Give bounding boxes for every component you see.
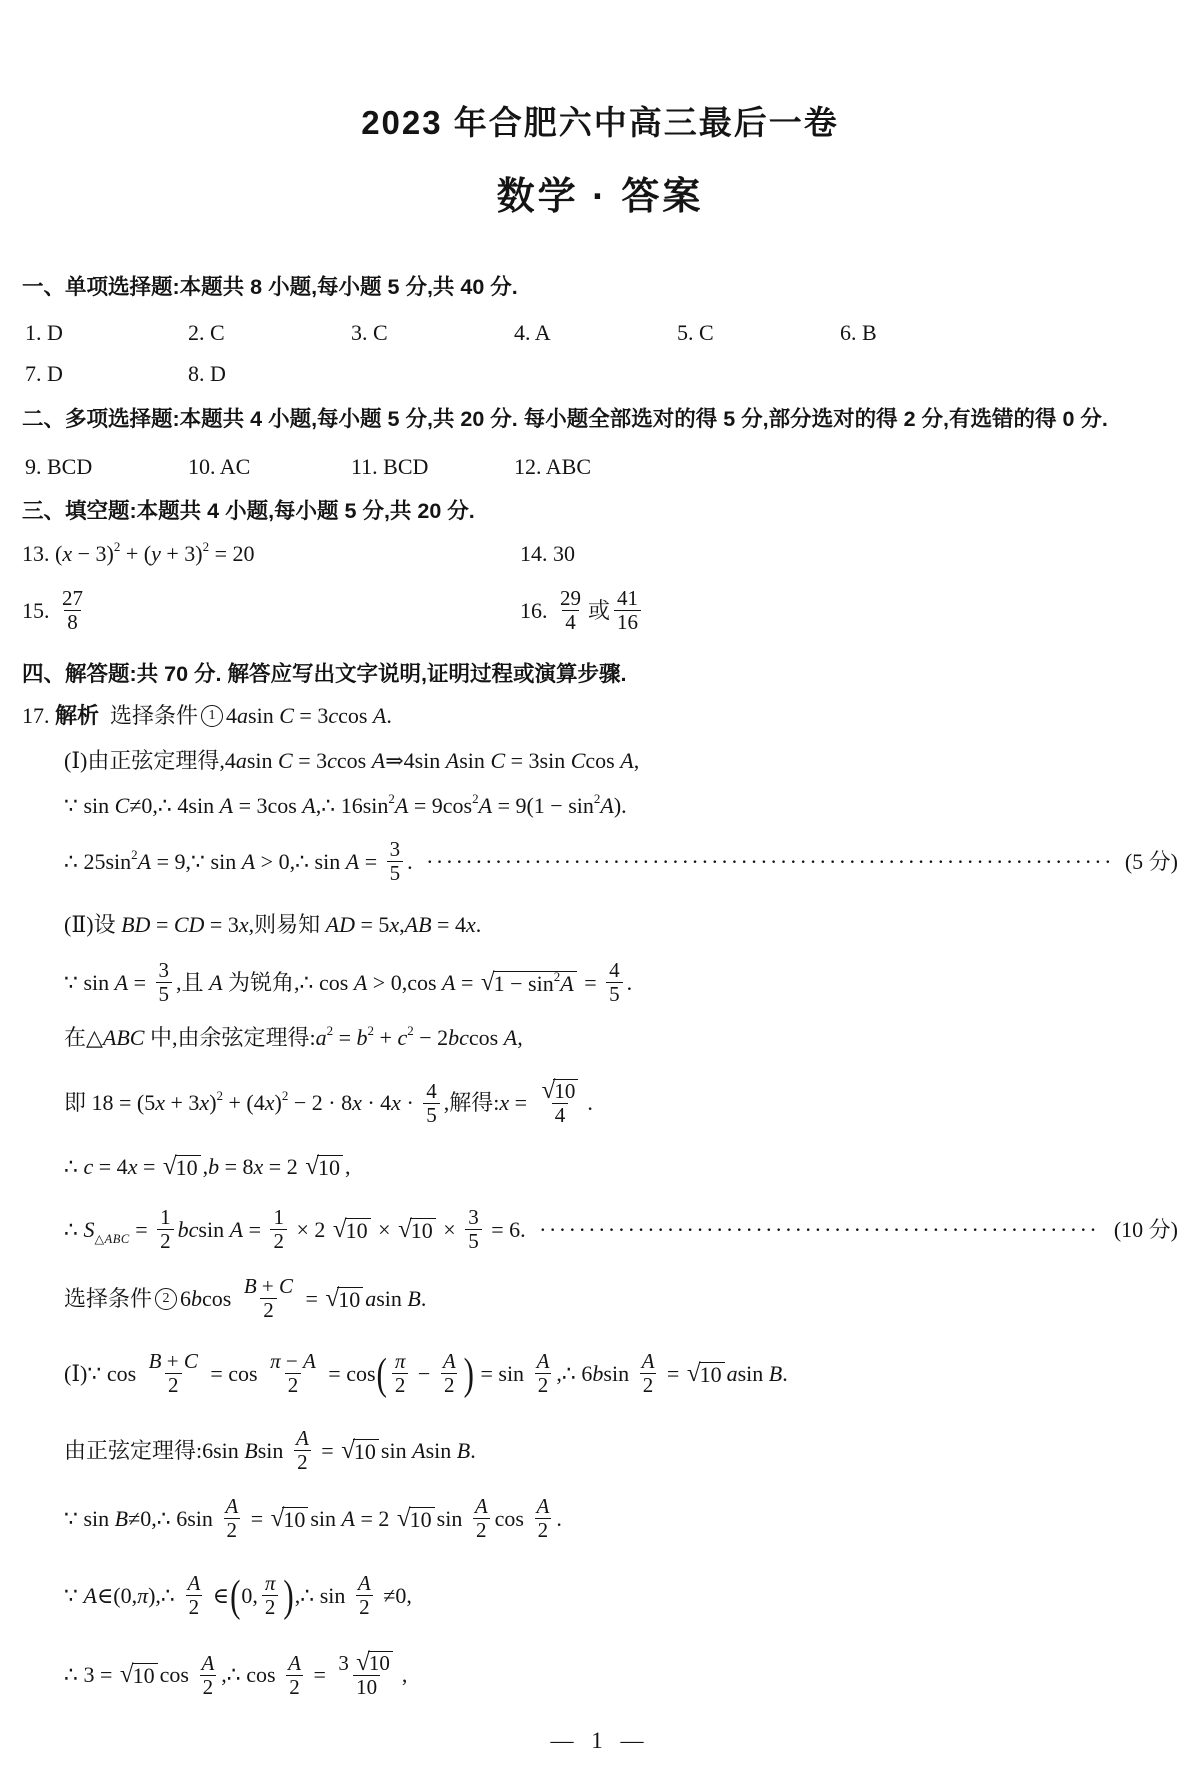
solution-line-14: ∵ sin B≠0,∴ 6sin A2 = √10sin A = 2 √10si…: [64, 1495, 1178, 1542]
answer-5: 5. C: [677, 318, 840, 348]
answer-3: 3. C: [351, 318, 514, 348]
solution-line-10: ∴ S△ABC = 12bcsin A = 12 × 2 √10 × √10 ×…: [64, 1206, 1178, 1253]
solution-line-11: 选择条件26bcos B + C2 = √10asin B.: [64, 1275, 1178, 1322]
page-subtitle: 数学 · 答案: [22, 176, 1178, 218]
solution-line-6: ∵ sin A = 35,且 A 为锐角,∴ cos A > 0,cos A =…: [64, 959, 1178, 1006]
solution-line-12: (Ⅰ)∵ cos B + C2 = cos π − A2 = cos(π2 − …: [64, 1350, 1178, 1397]
section-heading-multi-choice: 二、多项选择题:本题共 4 小题,每小题 5 分,共 20 分. 每小题全部选对…: [22, 404, 1178, 434]
answer-1: 1. D: [25, 318, 188, 348]
answer-9: 9. BCD: [25, 452, 188, 482]
solution-line-16: ∴ 3 = √10cos A2,∴ cos A2 = 3 √1010,: [64, 1651, 1178, 1699]
question-17-solution: 17. 解析 选择条件14asin C = 3ccos A. (Ⅰ)由正弦定理得…: [22, 701, 1178, 1699]
section-heading-free-response: 四、解答题:共 70 分. 解答应写出文字说明,证明过程或演算步骤.: [22, 659, 1178, 689]
single-choice-answers-row1: 1. D 2. C 3. C 4. A 5. C 6. B: [22, 318, 1178, 348]
answer-2: 2. C: [188, 318, 351, 348]
fill-in-row2: 15. 278 16. 294或4116: [22, 587, 1178, 634]
answer-sheet-page: 2023 年合肥六中高三最后一卷 数学 · 答案 一、单项选择题:本题共 8 小…: [0, 104, 1200, 1699]
single-choice-answers-row2: 7. D 8. D: [22, 359, 1178, 389]
answer-7: 7. D: [25, 359, 188, 389]
solution-line-2: (Ⅰ)由正弦定理得,4asin C = 3ccos A⇒4sin Asin C …: [64, 746, 1178, 776]
answer-12: 12. ABC: [514, 452, 677, 482]
fill-answer-14: 14. 30: [520, 539, 1178, 569]
answer-10: 10. AC: [188, 452, 351, 482]
solution-line-3: ∵ sin C≠0,∴ 4sin A = 3cos A,∴ 16sin2A = …: [64, 791, 1178, 821]
solution-line-4: ∴ 25sin2A = 9,∵ sin A > 0,∴ sin A = 35. …: [64, 838, 1178, 885]
page-title: 2023 年合肥六中高三最后一卷: [22, 104, 1178, 142]
fill-in-row1: 13. (x − 3)2 + (y + 3)2 = 20 14. 30: [22, 539, 1178, 569]
page-number: — 1 —: [0, 1728, 1200, 1754]
section-heading-fill-in: 三、填空题:本题共 4 小题,每小题 5 分,共 20 分.: [22, 496, 1178, 526]
answer-6: 6. B: [840, 318, 1003, 348]
solution-line-9: ∴ c = 4x = √10,b = 8x = 2 √10,: [64, 1152, 1178, 1182]
solution-line-5: (Ⅱ)设 BD = CD = 3x,则易知 AD = 5x,AB = 4x.: [64, 910, 1178, 940]
answer-11: 11. BCD: [351, 452, 514, 482]
solution-line-13: 由正弦定理得:6sin Bsin A2 = √10sin Asin B.: [64, 1427, 1178, 1474]
solution-line-1: 17. 解析 选择条件14asin C = 3ccos A.: [22, 701, 1178, 731]
multi-choice-answers-row: 9. BCD 10. AC 11. BCD 12. ABC: [22, 452, 1178, 482]
fill-answer-13: 13. (x − 3)2 + (y + 3)2 = 20: [22, 539, 520, 569]
solution-line-15: ∵ A∈(0,π),∴ A2 ∈(0,π2),∴ sin A2 ≠0,: [64, 1572, 1178, 1619]
answer-8: 8. D: [188, 359, 351, 389]
solution-line-7: 在△ABC 中,由余弦定理得:a2 = b2 + c2 − 2bccos A,: [64, 1023, 1178, 1053]
fill-answer-15: 15. 278: [22, 587, 520, 634]
fill-answer-16: 16. 294或4116: [520, 587, 1178, 634]
solution-line-8: 即 18 = (5x + 3x)2 + (4x)2 − 2 · 8x · 4x …: [64, 1079, 1178, 1127]
section-heading-single-choice: 一、单项选择题:本题共 8 小题,每小题 5 分,共 40 分.: [22, 272, 1178, 302]
answer-4: 4. A: [514, 318, 677, 348]
